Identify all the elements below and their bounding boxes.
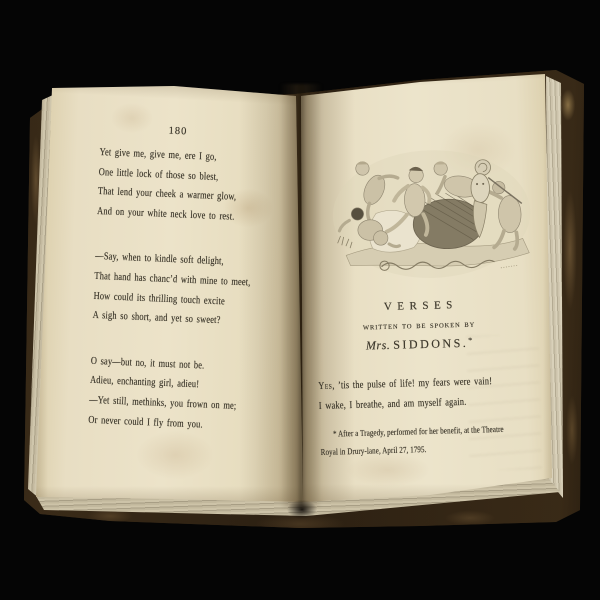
stanza: Yet give me, give me, ere I go, One litt… <box>97 143 268 228</box>
page-number: 180 <box>158 125 198 137</box>
stanza: O say—but no, it must not be. Adieu, enc… <box>88 352 259 437</box>
putti-with-tragic-mask-engraving-icon <box>324 137 540 287</box>
right-page-heading: VERSES WRITTEN TO BE SPOKEN BY Mrs.SIDDO… <box>308 297 529 355</box>
poem-line-rest: , ’tis the pulse of life! my fears were … <box>332 376 492 391</box>
author-name: SIDDONS. <box>393 336 468 352</box>
stanza: —Say, when to kindle soft delight, That … <box>92 247 263 332</box>
left-page-poem: Yet give me, give me, ere I go, One litt… <box>87 143 268 463</box>
author-prefix: Mrs. <box>366 338 391 353</box>
small-caps-lead: Yes <box>318 381 332 392</box>
photo-background: 180 Yet give me, give me, ere I go, One … <box>0 0 600 600</box>
spine-fold <box>282 496 322 528</box>
footnote: * After a Tragedy, performed for her ben… <box>320 421 504 461</box>
footnote-text: After a Tragedy, performed for her benef… <box>336 424 503 439</box>
section-subtitle: WRITTEN TO BE SPOKEN BY <box>309 320 529 333</box>
gutter-shadow <box>280 84 322 508</box>
footnote-asterisk: * <box>468 336 472 345</box>
engraver-signature <box>501 265 518 267</box>
right-page-poem: Yes, ’tis the pulse of life! my fears we… <box>318 372 493 416</box>
